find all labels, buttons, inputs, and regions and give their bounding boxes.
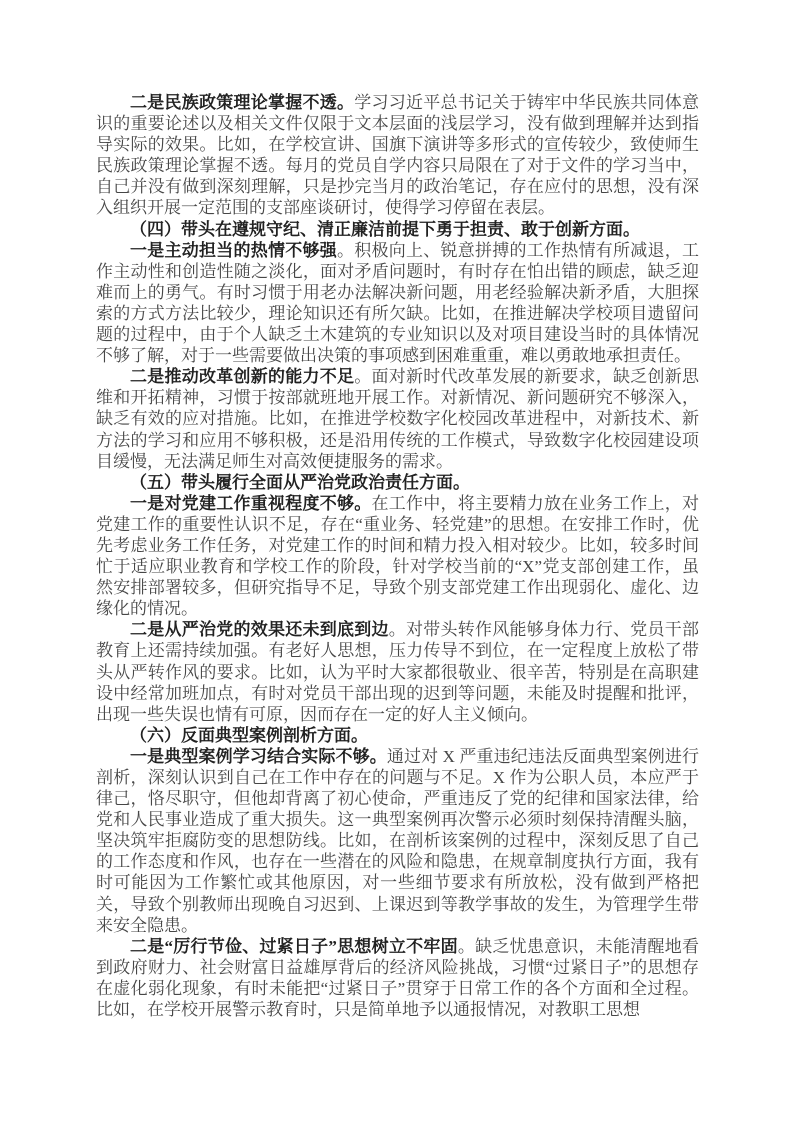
paragraph: 二是民族政策理论掌握不透。学习习近平总书记关于铸牢中华民族共同体意识的重要论述以… bbox=[96, 92, 699, 219]
paragraph-lead: 一是典型案例学习结合实际不够。 bbox=[130, 747, 387, 766]
paragraph-lead: 二是民族政策理论掌握不透。 bbox=[130, 93, 354, 112]
paragraph-lead: 一是主动担当的热情不够强 bbox=[130, 241, 337, 260]
paragraph-lead: 二是“厉行节俭、过紧日子”思想树立不牢固 bbox=[130, 937, 458, 956]
paragraph: 一是对党建工作重视程度不够。在工作中，将主要精力放在业务工作上，对党建工作的重要… bbox=[96, 493, 699, 620]
paragraph-text: 通过对 X 严重违纪违法反面典型案例进行剖析，深刻认识到自己在工作中存在的问题与… bbox=[96, 747, 699, 935]
section-heading: （六）反面典型案例剖析方面。 bbox=[96, 725, 699, 746]
section-heading: （四）带头在遵规守纪、清正廉洁前提下勇于担责、敢于创新方面。 bbox=[96, 219, 699, 240]
paragraph: 二是“厉行节俭、过紧日子”思想树立不牢固。缺乏忧患意识，未能清醒地看到政府财力、… bbox=[96, 936, 699, 1020]
document-page: 二是民族政策理论掌握不透。学习习近平总书记关于铸牢中华民族共同体意识的重要论述以… bbox=[0, 0, 793, 1122]
paragraph-lead: 一是对党建工作重视程度不够。 bbox=[130, 494, 372, 513]
document-text-block: 二是民族政策理论掌握不透。学习习近平总书记关于铸牢中华民族共同体意识的重要论述以… bbox=[96, 92, 699, 1020]
paragraph-lead: 二是从严治党的效果还未到底到边 bbox=[130, 620, 389, 639]
paragraph: 一是主动担当的热情不够强。积极向上、锐意拼搏的工作热情有所减退，工作主动性和创造… bbox=[96, 240, 699, 367]
paragraph-lead: 二是推动改革创新的能力不足 bbox=[130, 367, 354, 386]
paragraph: 二是从严治党的效果还未到底到边。对带头转作风能够身体力行、党员干部教育上还需持续… bbox=[96, 619, 699, 724]
paragraph: 二是推动改革创新的能力不足。面对新时代改革发展的新要求，缺乏创新思维和开拓精神，… bbox=[96, 366, 699, 471]
section-heading: （五）带头履行全面从严治党政治责任方面。 bbox=[96, 472, 699, 493]
paragraph: 一是典型案例学习结合实际不够。通过对 X 严重违纪违法反面典型案例进行剖析，深刻… bbox=[96, 746, 699, 936]
